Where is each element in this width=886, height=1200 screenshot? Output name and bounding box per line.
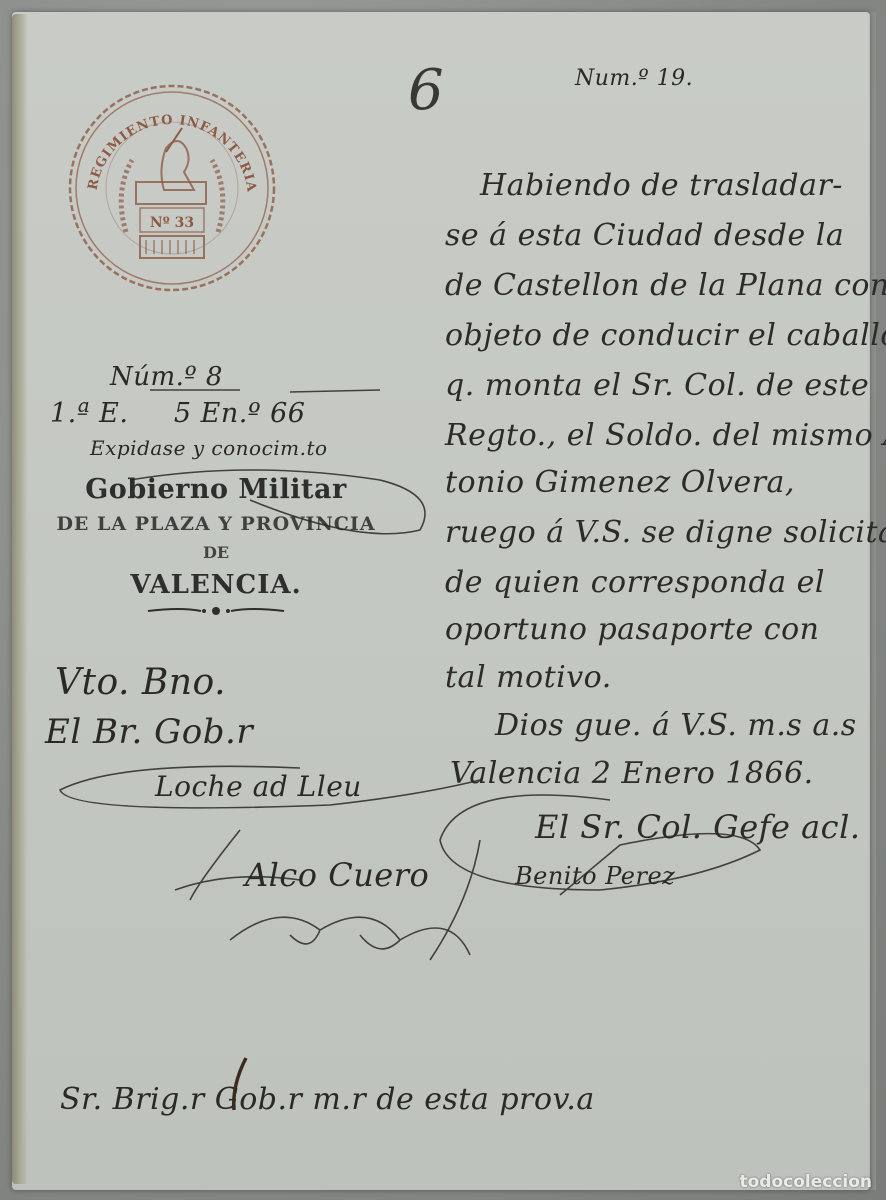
closing-salutation: Dios gue. á V.S. m.s a.s bbox=[495, 708, 857, 743]
document-number: Num.º 19. bbox=[575, 66, 693, 91]
body-line-11: tal motivo. bbox=[445, 660, 612, 695]
body-line-2: se á esta Ciudad desde la bbox=[445, 218, 844, 253]
paper-edge-left bbox=[12, 14, 28, 1184]
signature-benito-perez: Benito Perez bbox=[515, 862, 675, 890]
endorsement-signature-2: Alco Cuero bbox=[245, 856, 429, 894]
stamp-line-1: Gobierno Militar bbox=[36, 474, 396, 505]
body-line-8: ruego á V.S. se digne solicitar bbox=[445, 515, 886, 550]
endorsement-line-1: Vto. Bno. bbox=[55, 662, 226, 703]
body-line-3: de Castellon de la Plana con bbox=[445, 268, 886, 303]
regiment-seal: REGIMIENTO INFANTERIA DE SEVILLA Nº 33 bbox=[66, 82, 278, 294]
endorsement-signature-1: Loche ad Lleu bbox=[155, 770, 362, 803]
body-line-4: objeto de conducir el caballo bbox=[445, 318, 886, 353]
stamp-line-3: DE bbox=[36, 543, 396, 562]
body-line-6: Regto., el Soldo. del mismo An- bbox=[445, 418, 886, 453]
watermark-label: todocoleccion bbox=[739, 1172, 872, 1192]
seal-emblem-icon: REGIMIENTO INFANTERIA DE SEVILLA Nº 33 bbox=[66, 82, 278, 294]
body-line-1: Habiendo de trasladar- bbox=[480, 168, 843, 203]
body-line-7: tonio Gimenez Olvera, bbox=[445, 465, 795, 500]
paper-edge-right bbox=[868, 12, 876, 1190]
place-date: Valencia 2 Enero 1866. bbox=[450, 756, 814, 791]
gobierno-militar-stamp: Gobierno Militar DE LA PLAZA Y PROVINCIA… bbox=[36, 474, 396, 620]
folio-mark: 6 bbox=[408, 58, 444, 123]
action-note: Expidase y conocim.to bbox=[90, 436, 328, 460]
body-line-5: q. monta el Sr. Col. de este bbox=[445, 368, 869, 403]
registry-entry: 1.ª E. 5 En.º 66 bbox=[50, 398, 305, 429]
addressee-line: Sr. Brig.r Gob.r m.r de esta prov.a bbox=[60, 1082, 595, 1117]
registry-number: Núm.º 8 bbox=[110, 362, 223, 392]
body-line-10: oportuno pasaporte con bbox=[445, 612, 819, 647]
endorsement-line-2: El Br. Gob.r bbox=[45, 712, 253, 752]
stamp-line-2: DE LA PLAZA Y PROVINCIA bbox=[36, 513, 396, 535]
signer-title: El Sr. Col. Gefe acl. bbox=[535, 808, 861, 846]
body-line-9: de quien corresponda el bbox=[445, 565, 825, 600]
stamp-flourish-icon bbox=[146, 606, 286, 616]
stamp-line-4: VALENCIA. bbox=[36, 570, 396, 600]
svg-text:Nº 33: Nº 33 bbox=[150, 215, 194, 231]
